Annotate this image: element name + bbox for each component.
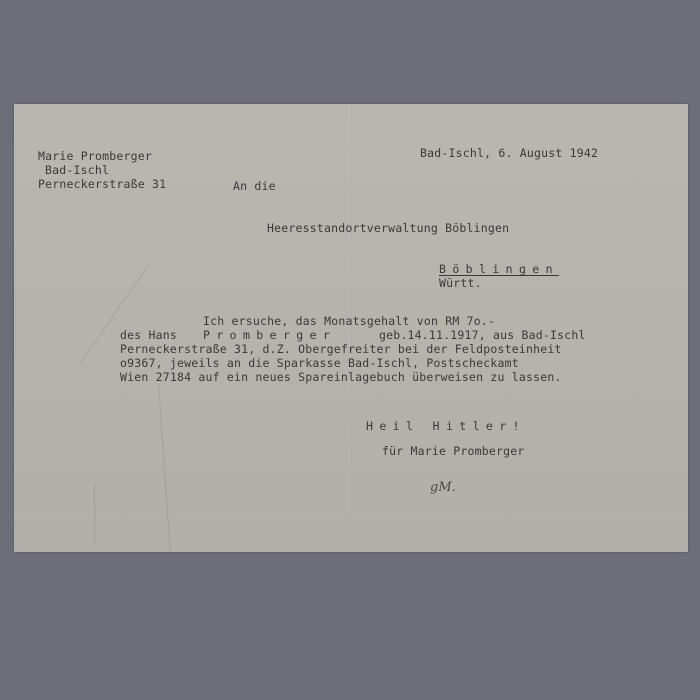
sender-street: Perneckerstraße 31 — [38, 177, 166, 191]
sender-city: Bad-Ischl — [45, 163, 109, 177]
signature: gM. — [430, 480, 456, 495]
recipient-salutation: An die — [233, 179, 276, 193]
closing: Heil Hitler! — [366, 419, 526, 433]
recipient-organization: Heeresstandortverwaltung Böblingen — [267, 221, 509, 235]
body-line-3: Perneckerstraße 31, d.Z. Obergefreiter b… — [120, 342, 562, 356]
signed-for: für Marie Promberger — [382, 444, 524, 458]
body-line-2c: geb.14.11.1917, aus Bad-Ischl — [379, 328, 586, 342]
body-line-4: o9367, jeweils an die Sparkasse Bad-Isch… — [120, 356, 519, 370]
crease — [158, 384, 171, 554]
letter-paper — [14, 104, 688, 552]
crease — [94, 484, 95, 544]
recipient-region: Württ. — [439, 276, 482, 290]
recipient-city: Böblingen — [439, 262, 559, 276]
body-line-1: Ich ersuche, das Monatsgehalt von RM 7o.… — [203, 314, 495, 328]
sender-name: Marie Promberger — [38, 149, 152, 163]
body-line-5: Wien 27184 auf ein neues Spareinlagebuch… — [120, 370, 562, 384]
fold-line — [350, 104, 352, 552]
body-line-2b: Promberger — [203, 328, 336, 342]
place-date: Bad-Ischl, 6. August 1942 — [420, 146, 598, 160]
body-line-2a: des Hans — [120, 328, 177, 342]
